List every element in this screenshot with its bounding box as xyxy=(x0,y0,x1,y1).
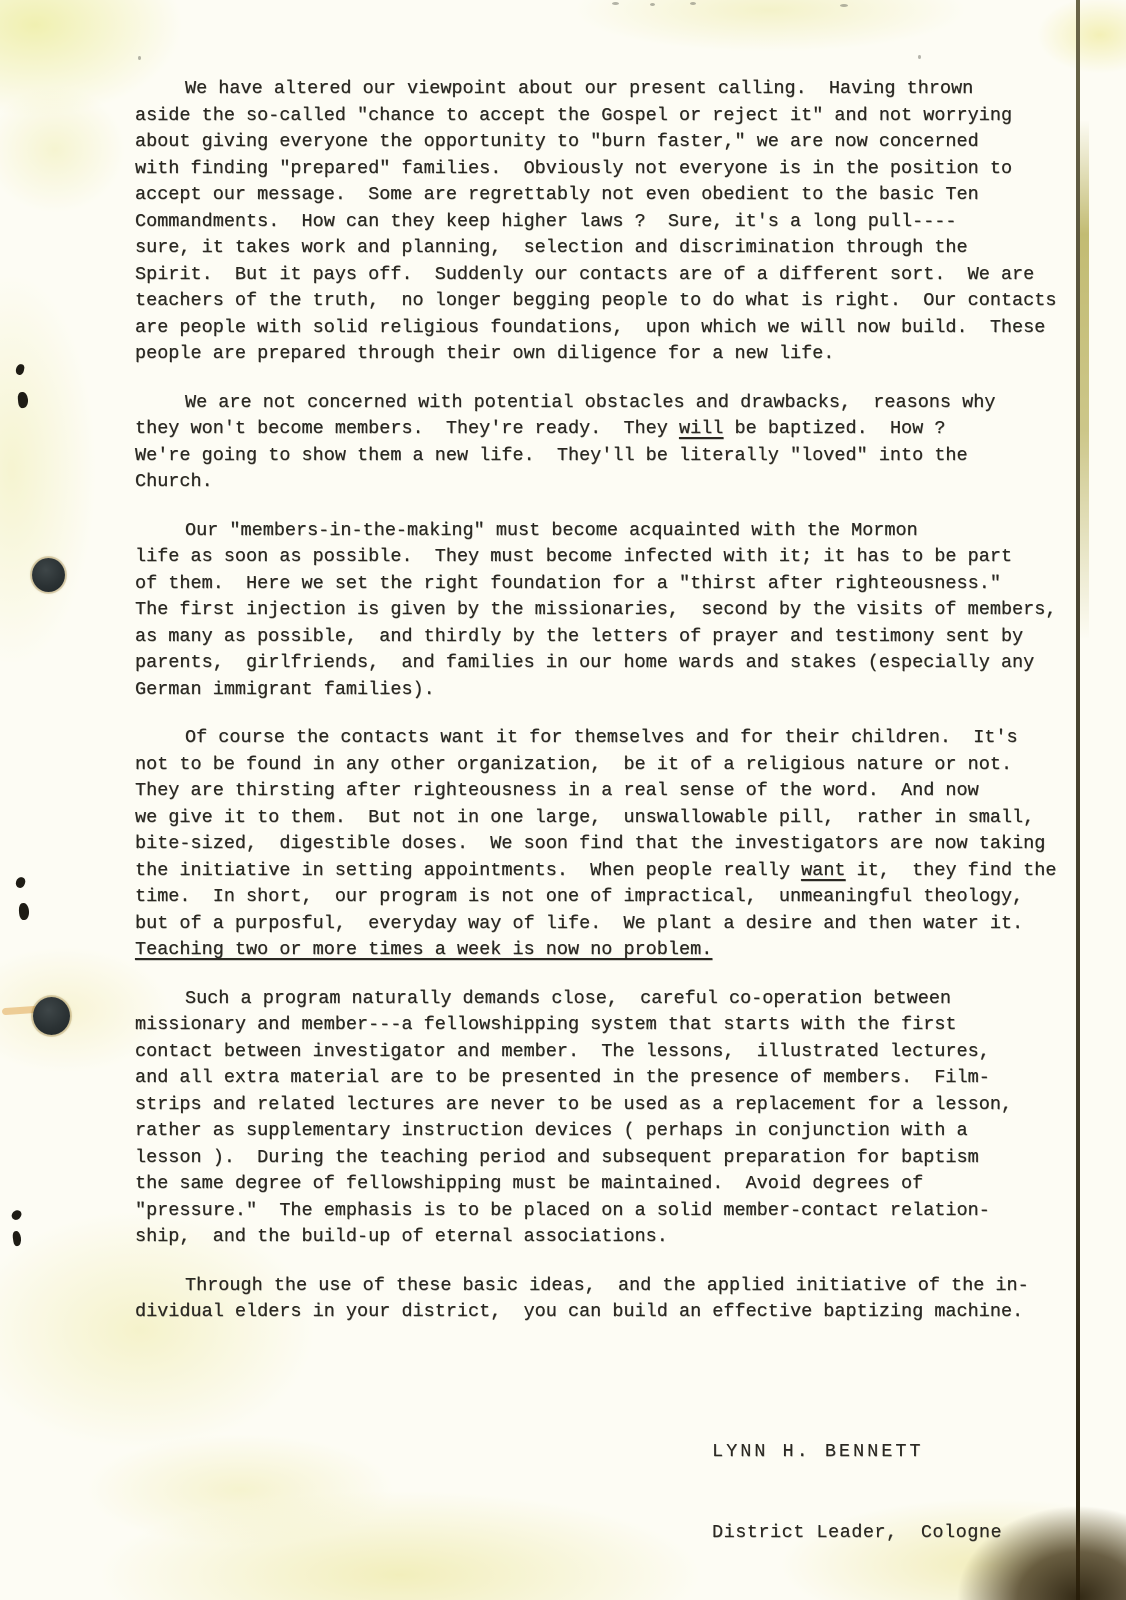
text-line: rather as supplementary instruction devi… xyxy=(135,1118,1095,1145)
paragraph: Of course the contacts want it for thems… xyxy=(135,725,1095,964)
text-line: we give it to them. But not in one large… xyxy=(135,805,1095,832)
text-line: Spirit. But it pays off. Suddenly our co… xyxy=(135,262,1095,289)
paragraph: We have altered our viewpoint about our … xyxy=(135,76,1095,368)
text-line: We are not concerned with potential obst… xyxy=(135,390,1095,417)
text-line: We're going to show them a new life. The… xyxy=(135,443,1095,470)
text-line: with finding "prepared" families. Obviou… xyxy=(135,156,1095,183)
text-line: ship, and the build-up of eternal associ… xyxy=(135,1224,1095,1251)
ink-mark xyxy=(17,392,29,409)
text-line: teachers of the truth, no longer begging… xyxy=(135,288,1095,315)
ink-mark xyxy=(15,876,27,889)
text-line: Our "members-in-the-making" must become … xyxy=(135,518,1095,545)
text-line: they won't become members. They're ready… xyxy=(135,416,1095,443)
text-line: Of course the contacts want it for thems… xyxy=(135,725,1095,752)
scan-speck xyxy=(690,2,696,5)
text-line: We have altered our viewpoint about our … xyxy=(135,76,1095,103)
page-edge-strip xyxy=(1080,120,1089,640)
text-line: Through the use of these basic ideas, an… xyxy=(135,1273,1095,1300)
text-line: the initiative in setting appointments. … xyxy=(135,858,1095,885)
scanned-page: We have altered our viewpoint about our … xyxy=(0,0,1126,1600)
document-body: We have altered our viewpoint about our … xyxy=(135,76,1095,1348)
paragraph: Through the use of these basic ideas, an… xyxy=(135,1273,1095,1326)
text-line: Teaching two or more times a week is now… xyxy=(135,937,1095,964)
text-line: Commandments. How can they keep higher l… xyxy=(135,209,1095,236)
text-line: German immigrant families). xyxy=(135,677,1095,704)
text-line: dividual elders in your district, you ca… xyxy=(135,1299,1095,1326)
text-line: Such a program naturally demands close, … xyxy=(135,986,1095,1013)
scan-speck xyxy=(612,2,619,5)
text-line: but of a purposful, everyday way of life… xyxy=(135,911,1095,938)
scan-speck xyxy=(840,4,848,7)
text-line: bite-sized, digestible doses. We soon fi… xyxy=(135,831,1095,858)
text-line: are people with solid religious foundati… xyxy=(135,315,1095,342)
text-line: life as soon as possible. They must beco… xyxy=(135,544,1095,571)
binder-edge-line xyxy=(1076,0,1080,1600)
text-line: contact between investigator and member.… xyxy=(135,1039,1095,1066)
text-line: accept our message. Some are regrettably… xyxy=(135,182,1095,209)
scan-speck xyxy=(138,56,141,60)
paragraph: Our "members-in-the-making" must become … xyxy=(135,518,1095,704)
ink-mark xyxy=(15,363,25,375)
text-line: "pressure." The emphasis is to be placed… xyxy=(135,1198,1095,1225)
hole-punch-bottom xyxy=(33,997,70,1035)
signature-name: LYNN H. BENNETT xyxy=(712,1438,1002,1465)
text-line: The first injection is given by the miss… xyxy=(135,597,1095,624)
text-line: about giving everyone the opportunity to… xyxy=(135,129,1095,156)
ink-mark xyxy=(18,903,29,921)
paragraph: Such a program naturally demands close, … xyxy=(135,986,1095,1251)
scan-speck xyxy=(918,55,921,59)
text-line: lesson ). During the teaching period and… xyxy=(135,1145,1095,1172)
text-line: strips and related lectures are never to… xyxy=(135,1092,1095,1119)
text-line: aside the so-called "chance to accept th… xyxy=(135,103,1095,130)
corner-shadow xyxy=(956,1505,1126,1600)
text-line: parents, girlfriends, and families in ou… xyxy=(135,650,1095,677)
hole-punch-top xyxy=(32,558,65,592)
ink-mark xyxy=(10,1209,22,1222)
text-line: sure, it takes work and planning, select… xyxy=(135,235,1095,262)
ink-mark xyxy=(12,1231,22,1247)
paragraph: We are not concerned with potential obst… xyxy=(135,390,1095,496)
text-line: They are thirsting after righteousness i… xyxy=(135,778,1095,805)
text-line: people are prepared through their own di… xyxy=(135,341,1095,368)
scan-speck xyxy=(650,3,655,6)
text-line: of them. Here we set the right foundatio… xyxy=(135,571,1095,598)
text-line: Church. xyxy=(135,469,1095,496)
text-line: as many as possible, and thirdly by the … xyxy=(135,624,1095,651)
text-line: the same degree of fellowshipping must b… xyxy=(135,1171,1095,1198)
text-line: and all extra material are to be present… xyxy=(135,1065,1095,1092)
text-line: not to be found in any other organizatio… xyxy=(135,752,1095,779)
text-line: time. In short, our program is not one o… xyxy=(135,884,1095,911)
text-line: missionary and member---a fellowshipping… xyxy=(135,1012,1095,1039)
